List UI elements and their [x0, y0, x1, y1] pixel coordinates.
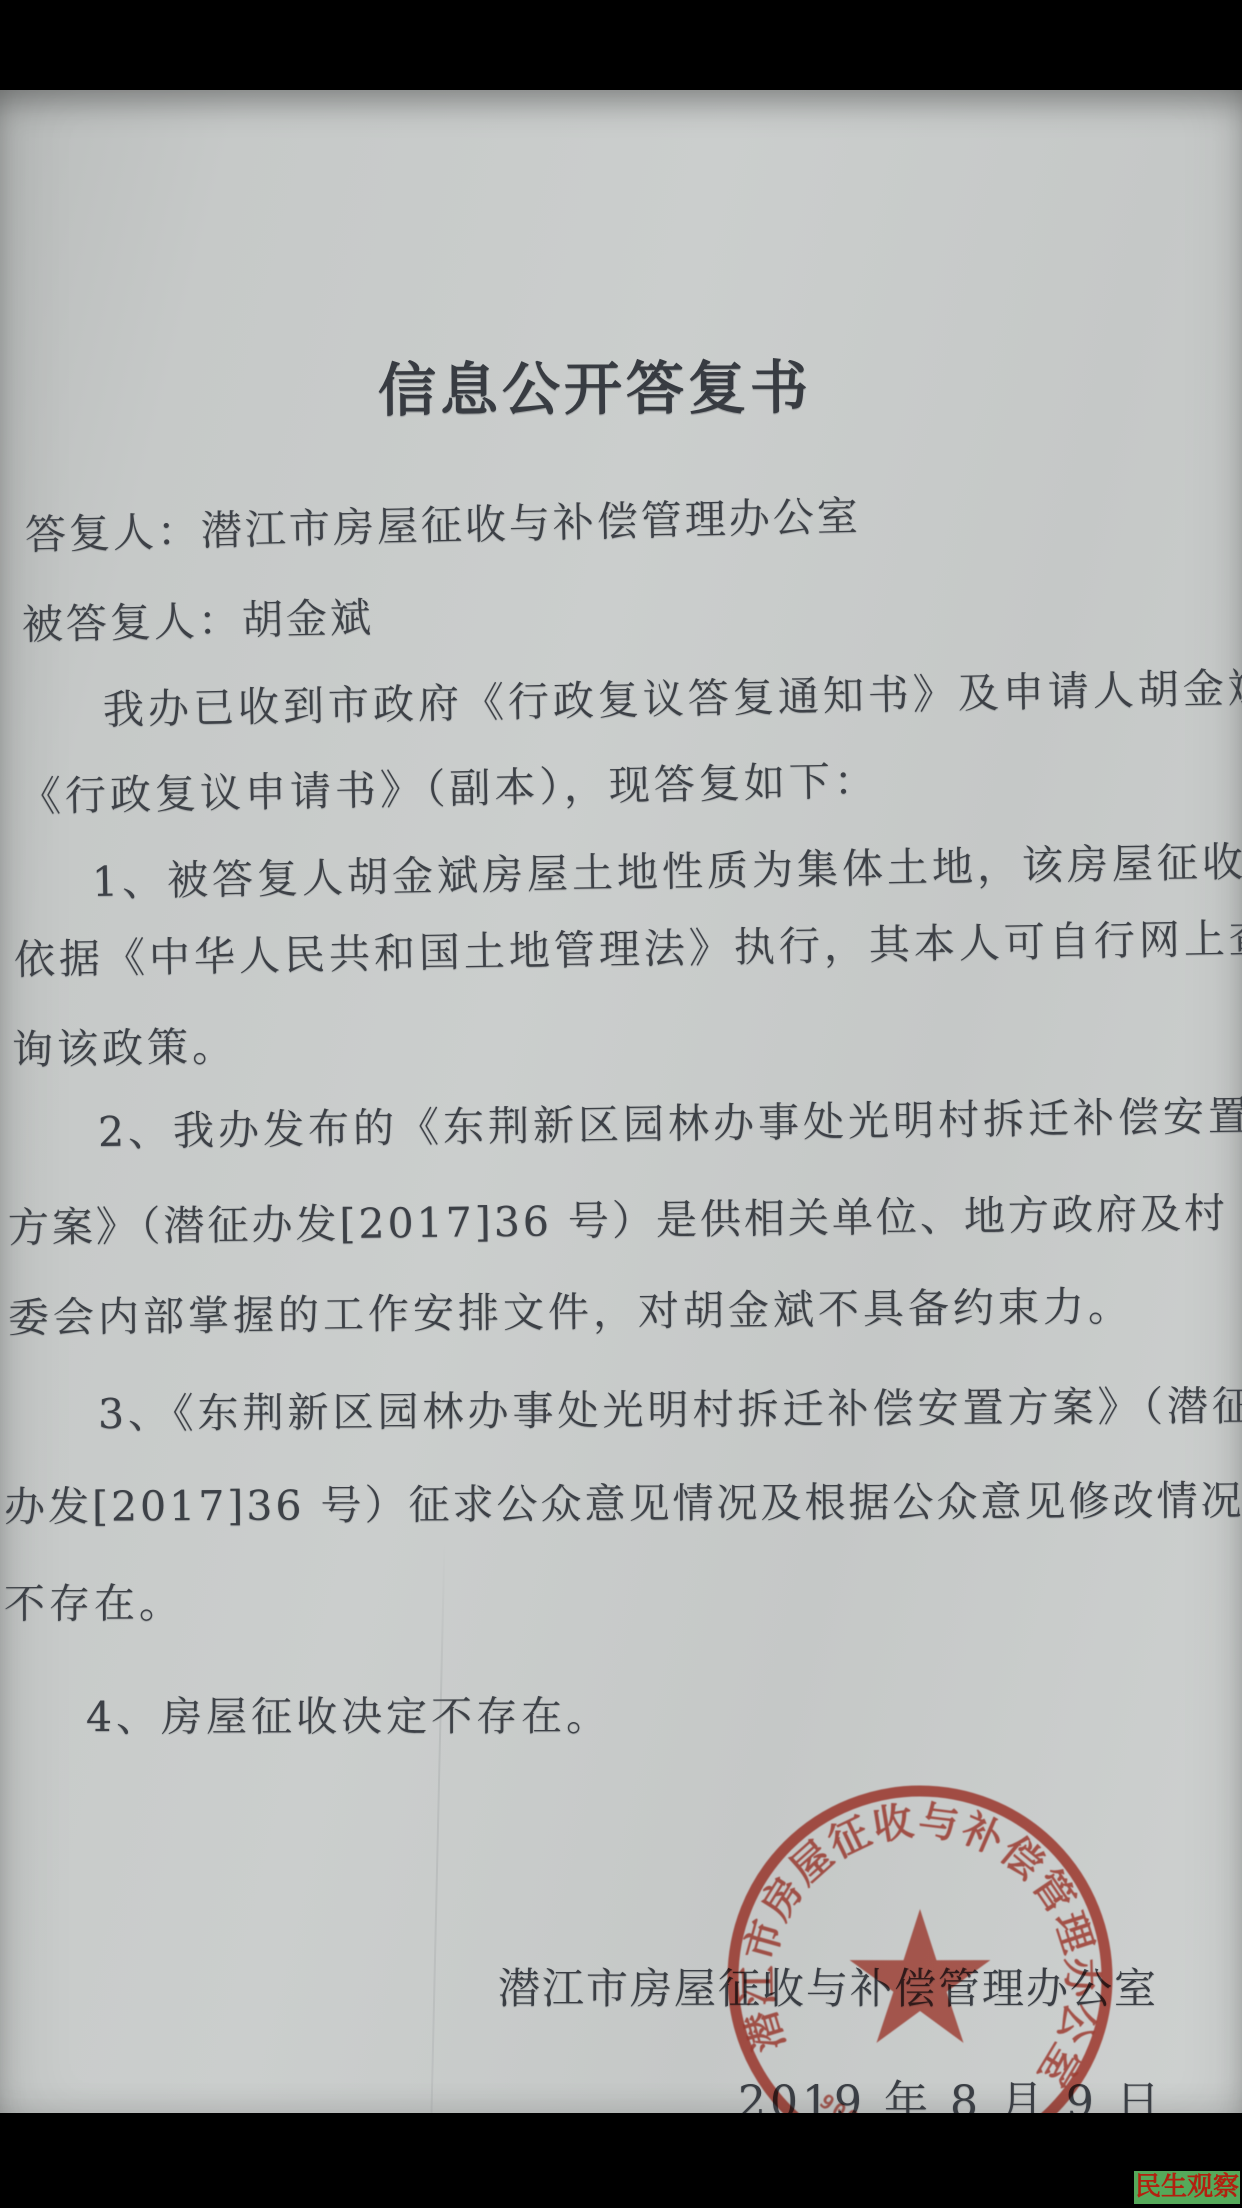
seal-star-icon	[850, 1909, 991, 2043]
paper-crease	[431, 1540, 446, 2113]
top-letterbox	[0, 0, 1242, 90]
document-title: 信息公开答复书	[0, 338, 1190, 430]
seal-serial: 9005012921	[815, 2089, 961, 2113]
document-line: 委会内部掌握的工作安排文件，对胡金斌不具备约束力。	[8, 1282, 1133, 1342]
document-line: 我办已收到市政府《行政复议答复通知书》及申请人胡金斌	[103, 664, 1242, 734]
document-line: 不存在。	[4, 1579, 184, 1628]
official-seal: 潜江市房屋征收与补偿管理办公室 9005012921	[705, 1763, 1135, 2113]
document-photo: 信息公开答复书 答复人：潜江市房屋征收与补偿管理办公室被答复人：胡金斌我办已收到…	[0, 90, 1242, 2113]
document-line: 被答复人：胡金斌	[21, 594, 374, 649]
document-line: 依据《中华人民共和国土地管理法》执行，其本人可自行网上查	[14, 914, 1242, 984]
document-line: 办发[2017]36 号）征求公众意见情况及根据公众意见修改情况	[4, 1477, 1242, 1531]
screenshot-root: 信息公开答复书 答复人：潜江市房屋征收与补偿管理办公室被答复人：胡金斌我办已收到…	[0, 0, 1242, 2208]
document-line: 答复人：潜江市房屋征收与补偿管理办公室	[24, 492, 861, 559]
document-line: 方案》（潜征办发[2017]36 号）是供相关单位、地方政府及村（居）	[8, 1187, 1242, 1252]
watermark-badge: 民生观察	[1134, 2171, 1240, 2204]
svg-text:9005012921: 9005012921	[815, 2089, 961, 2113]
document-line: 2、我办发布的《东荆新区园林办事处光明村拆迁补偿安置	[98, 1092, 1242, 1156]
document-line: 1、被答复人胡金斌房屋土地性质为集体土地，该房屋征收	[92, 838, 1242, 906]
document-line: 询该政策。	[12, 1022, 238, 1074]
bottom-letterbox	[0, 2113, 1242, 2208]
document-line: 《行政复议申请书》（副本），现答复如下：	[20, 757, 880, 821]
document-line: 3、《东荆新区园林办事处光明村拆迁补偿安置方案》（潜征	[98, 1382, 1242, 1438]
document-line: 4、房屋征收决定不存在。	[86, 1692, 611, 1741]
